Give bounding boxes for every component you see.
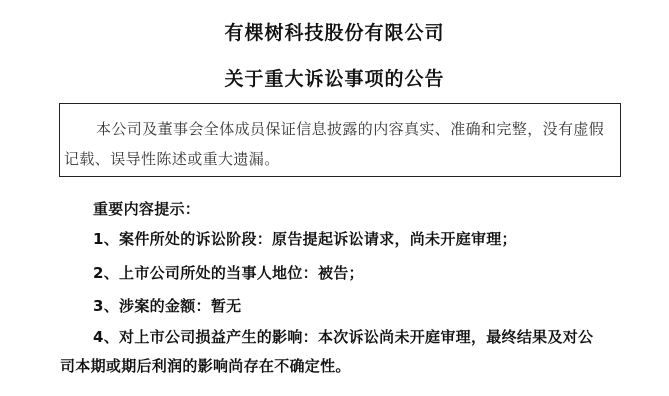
highlight-item-4: 4、对上市公司损益产生的影响：本次诉讼尚未开庭审理，最终结果及对公 [93, 326, 593, 347]
disclaimer-line-1: 本公司及董事会全体成员保证信息披露的内容真实、准确和完整，没有虚假 [96, 118, 604, 139]
highlight-item-3: 3、涉案的金额：暂无 [93, 295, 241, 316]
highlight-item-1: 1、案件所处的诉讼阶段：原告提起诉讼请求，尚未开庭审理； [93, 228, 517, 249]
highlights-heading: 重要内容提示： [93, 198, 200, 219]
highlight-item-4-continuation: 司本期或期后利润的影响尚存在不确定性。 [60, 355, 351, 376]
disclaimer-box: 本公司及董事会全体成员保证信息披露的内容真实、准确和完整，没有虚假 记载、误导性… [59, 103, 621, 177]
disclaimer-line-2: 记载、误导性陈述或重大遗漏。 [64, 148, 280, 169]
company-name: 有棵树科技股份有限公司 [0, 18, 669, 45]
highlight-item-2: 2、上市公司所处的当事人地位：被告； [93, 262, 364, 283]
announcement-title: 关于重大诉讼事项的公告 [0, 64, 669, 91]
